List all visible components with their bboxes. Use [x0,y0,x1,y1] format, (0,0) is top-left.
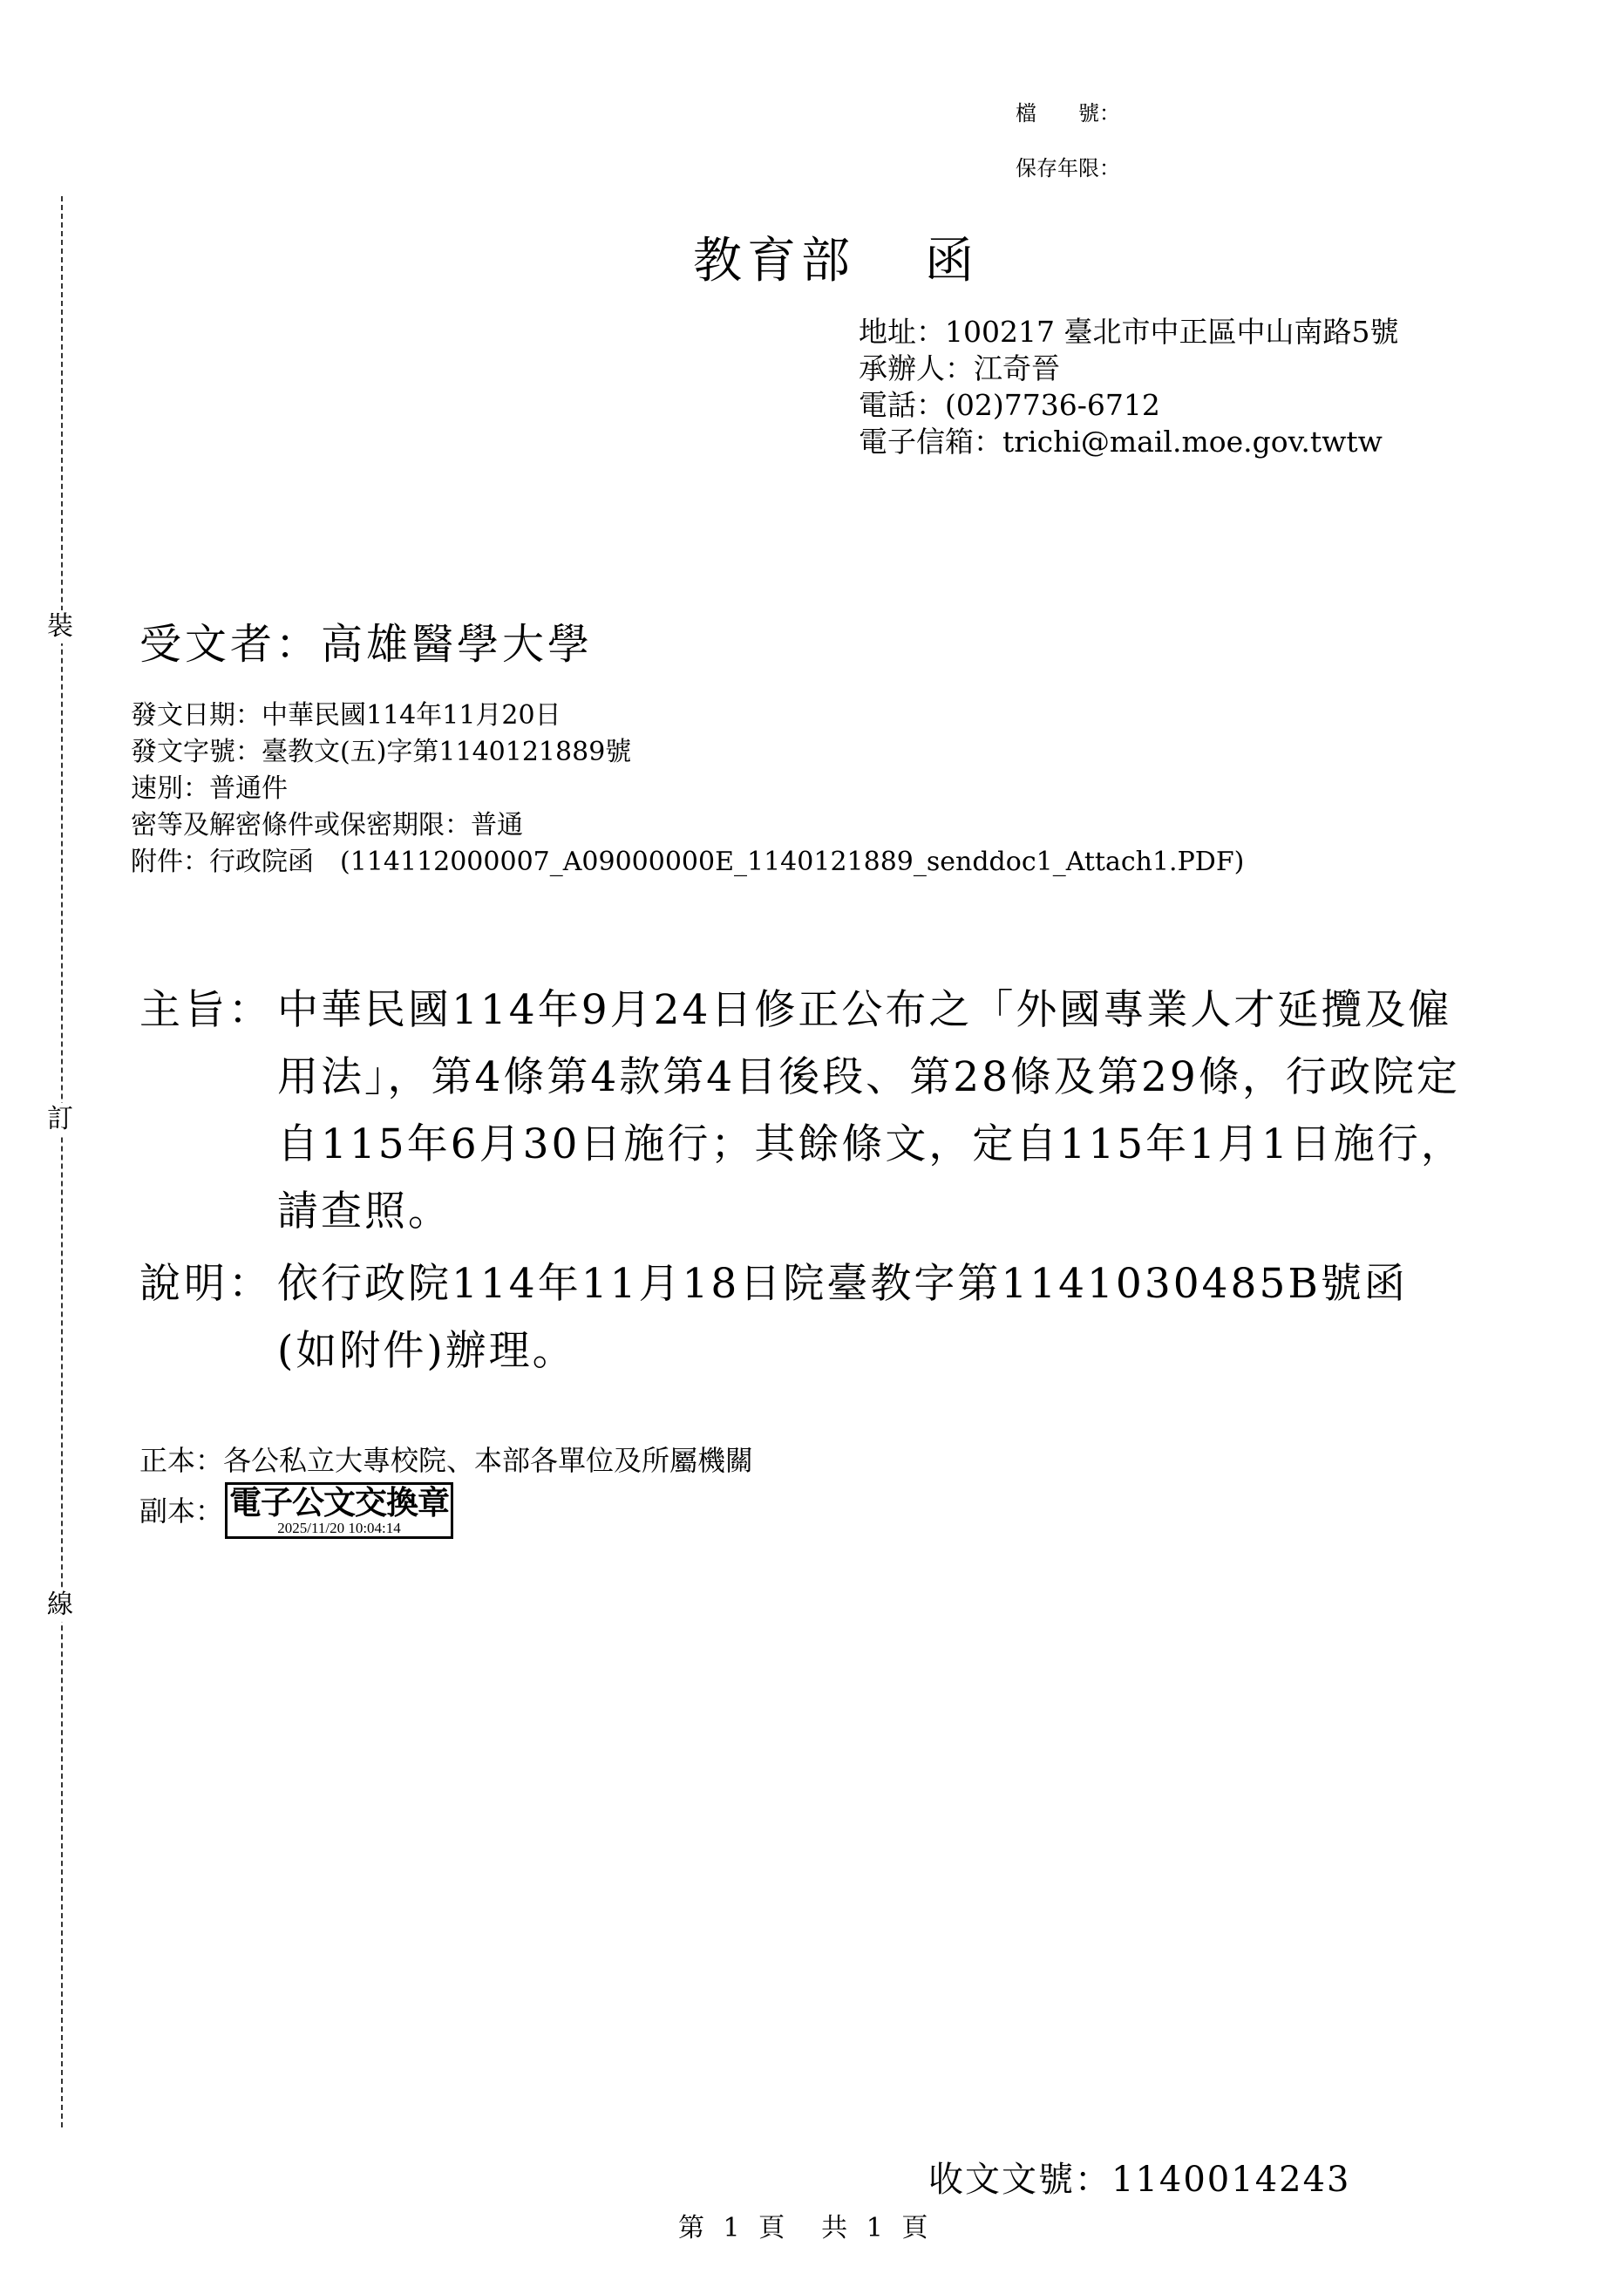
contact-block: 地址：100217 臺北市中正區中山南路5號 承辦人：江奇晉 電話：(02)77… [859,314,1398,460]
margin-mark-bind: 裝 [47,610,73,643]
original-label: 正本： [139,1439,223,1482]
email: 電子信箱：trichi@mail.moe.gov.twtw [859,424,1398,460]
subject-text: 中華民國114年9月24日修正公布之「外國專業人才延攬及僱用法」，第4條第4款第… [277,977,1464,1245]
attachment-link[interactable]: 附件：行政院函 (114112000007_A09000000E_1140121… [131,844,1244,881]
subject-paragraph: 主旨： 中華民國114年9月24日修正公布之「外國專業人才延攬及僱用法」，第4條… [139,977,1464,1245]
copy-label: 副本： [139,1489,223,1533]
delivery-speed: 速別：普通件 [131,771,1244,807]
recipient: 受文者：高雄醫學大學 [139,610,593,670]
phone: 電話：(02)7736-6712 [859,387,1398,424]
file-number-field: 檔號： [1016,100,1120,126]
agency-name: 教育部 [693,233,855,289]
explanation-label: 說明： [139,1250,277,1385]
address: 地址：100217 臺北市中正區中山南路5號 [859,314,1398,351]
document-body: 主旨： 中華民國114年9月24日修正公布之「外國專業人才延攬及僱用法」，第4條… [139,977,1464,1385]
file-number-label-part1: 檔 [1016,101,1078,126]
receipt-number: 收文文號：1140014243 [928,2152,1351,2202]
document-title: 教育部函 [693,222,979,292]
margin-mark-staple: 訂 [47,1103,73,1136]
explanation-text: 依行政院114年11月18日院臺教字第1141030485B號函(如附件)辦理。 [277,1250,1464,1385]
copy-recipients: 副本： 電子公文交換章 2025/11/20 10:04:14 [139,1482,753,1539]
explanation-paragraph: 說明： 依行政院114年11月18日院臺教字第1141030485B號函(如附件… [139,1250,1464,1385]
binding-margin-dashed-line [61,196,63,2127]
issue-date: 發文日期：中華民國114年11月20日 [131,698,1244,734]
retention-period-field: 保存年限： [1016,155,1120,181]
page-indicator: 第 1 頁 共 1 頁 [678,2206,933,2244]
original-text: 各公私立大專校院、本部各單位及所屬機關 [223,1439,753,1482]
electronic-exchange-stamp: 電子公文交換章 2025/11/20 10:04:14 [225,1482,453,1539]
handler: 承辦人：江奇晉 [859,351,1398,387]
stamp-title: 電子公文交換章 [229,1485,449,1519]
file-number-label-part2: 號： [1078,101,1120,126]
distribution-block: 正本：各公私立大專校院、本部各單位及所屬機關 副本： 電子公文交換章 2025/… [139,1439,753,1539]
document-number: 發文字號：臺教文(五)字第1140121889號 [131,734,1244,771]
margin-mark-line: 線 [47,1589,73,1622]
document-meta: 發文日期：中華民國114年11月20日 發文字號：臺教文(五)字第1140121… [131,698,1244,881]
stamp-timestamp: 2025/11/20 10:04:14 [277,1519,401,1536]
subject-label: 主旨： [139,977,277,1245]
classification: 密等及解密條件或保密期限：普通 [131,807,1244,844]
document-type: 函 [925,233,979,289]
original-recipients: 正本：各公私立大專校院、本部各單位及所屬機關 [139,1439,753,1482]
